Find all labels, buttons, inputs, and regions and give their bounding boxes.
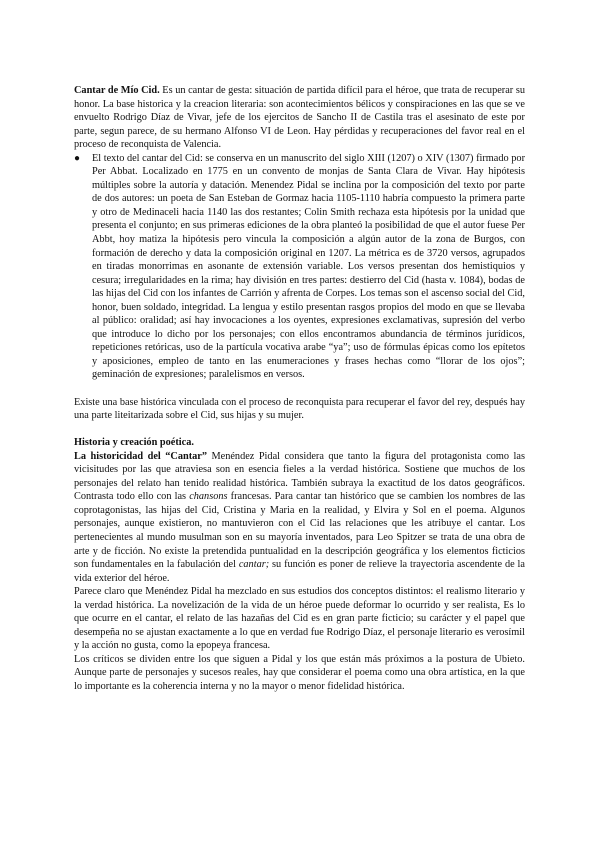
spacer: [74, 382, 525, 396]
spacer: [74, 423, 525, 437]
section-paragraph-3: Los críticos se dividen entre los que si…: [74, 653, 525, 694]
document-page: Cantar de Mío Cid. Es un cantar de gesta…: [74, 84, 525, 694]
intro-paragraph: Cantar de Mío Cid. Es un cantar de gesta…: [74, 84, 525, 152]
bullet-icon: ●: [74, 152, 80, 166]
section-paragraph-1: La historicidad del “Cantar” Menéndez Pi…: [74, 450, 525, 585]
bullet-text: El texto del cantar del Cid: se conserva…: [92, 153, 525, 381]
bullet-list: ● El texto del cantar del Cid: se conser…: [74, 152, 525, 382]
intro-title: Cantar de Mío Cid.: [74, 85, 160, 96]
section-paragraph-2: Parece claro que Menéndez Pidal ha mezcl…: [74, 585, 525, 653]
summary-paragraph: Existe una base histórica vinculada con …: [74, 396, 525, 423]
lead-bold: La historicidad del “Cantar”: [74, 451, 207, 462]
italic-term: chansons: [189, 491, 227, 502]
section-heading: Historia y creación poética.: [74, 436, 525, 450]
bullet-item: ● El texto del cantar del Cid: se conser…: [92, 152, 525, 382]
italic-term: cantar;: [239, 559, 269, 570]
